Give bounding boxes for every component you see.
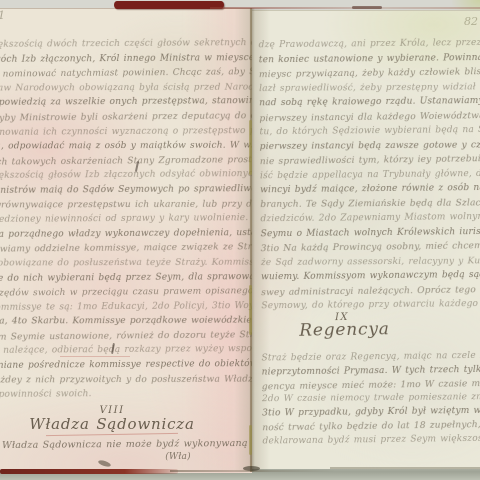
handwritten-line: lazł sprawiedliwość, żeby przestępny wid…	[259, 80, 480, 96]
handwritten-line: ska, 4to Skarbu. Kommissye porządkowe wo…	[0, 314, 251, 330]
handwritten-line: wyrównywaiące przestępstwu ich ukaranie,…	[0, 197, 250, 213]
handwritten-line: Praw Narodowych obowiązaną była ścisłą p…	[0, 80, 249, 96]
gutter-thread	[249, 425, 252, 455]
handwritten-line: deklarowana bydź musi przez Seym większo…	[262, 432, 480, 449]
red-ink-underline	[60, 356, 130, 357]
handwritten-line: że Sąd zadworny assessorski, relacyyny y…	[261, 254, 480, 270]
handwritten-line: dziedziców. 2do Zapewniamy Miastom wolny…	[260, 210, 480, 227]
binding-top-dash	[352, 6, 382, 9]
handwriting-block-right: dzę Prawodawczą, ani przez Króla, lecz p…	[259, 36, 480, 314]
handwritten-line: pierwszey instancyi będą zawsze gotowe y…	[260, 138, 480, 154]
handwritten-line: iść będzie appellacya na Trybunały główn…	[260, 166, 480, 183]
handwritten-line: wuiemy. Kommissyom wykonawczym będą sądy…	[261, 268, 480, 285]
handwritten-line: większością dwóch trzecich części głosów…	[0, 36, 249, 52]
gutter-shadow	[234, 8, 270, 472]
handwritten-line: dzę Prawodawczą, ani przez Króla, lecz p…	[259, 36, 480, 53]
section-title-regencya: Regencya	[252, 318, 437, 341]
handwritten-line: Straż będzie oraz Regencyą, maiąc na cze…	[261, 349, 480, 366]
catchword: (Wła)	[148, 452, 208, 462]
handwriting-block-left: większością dwóch trzecich części głosów…	[0, 36, 251, 403]
handwritten-line: y obowiązane do posłuszeństwa teyże Stra…	[0, 255, 250, 271]
binding-bottom-edge-line	[170, 470, 335, 472]
handwritten-line: 2do W czasie niemocy trwałe pomieszanie …	[262, 391, 480, 407]
binding-top-edge-line	[210, 7, 480, 9]
handwritten-line: odpowiedzią za wszelkie onych przestępst…	[0, 94, 249, 110]
ink-blot	[98, 459, 112, 468]
handwritten-line: minowania ich czynności wyznaczoną o prz…	[0, 124, 249, 140]
handwritten-line: każdey z nich przyzwoitych y do posłusze…	[0, 372, 251, 388]
red-ink-underline	[46, 433, 178, 436]
handwritten-line: nad sobą rękę kraiowego rządu. Ustanawia…	[259, 94, 480, 111]
handwritten-line: wa, odpowiadać maią z osób y maiątków sw…	[0, 139, 250, 155]
binding-bottom-edge	[0, 469, 178, 474]
section-title-wladza-sadownicza: Władza Sądownicza	[14, 415, 210, 433]
handwritten-line: większością głosów Izb złączonych odsyła…	[0, 167, 250, 183]
binding-top-edge	[114, 1, 224, 9]
gutter-thread	[249, 285, 252, 335]
page-number-right: 82	[464, 15, 478, 28]
page-right: 82 dzę Prawodawczą, ani przez Króla, lec…	[252, 10, 480, 469]
gutter-thread	[249, 120, 252, 175]
handwritten-line: Ministrów maią do Sądów Seymowych po spr…	[0, 182, 250, 198]
handwriting-block-regencya: Straż będzie oraz Regencyą, maiąc na cze…	[261, 349, 480, 449]
gutter-fold-line	[250, 8, 252, 472]
handwritten-line: wiedzioney niewinności od sprawy y kary …	[0, 211, 250, 227]
page-bottom-edge	[330, 467, 480, 469]
handwritten-line: mniane pośrednicze kommissye respective …	[0, 357, 251, 373]
page-left: 81 większością dwóch trzecich części gło…	[0, 8, 252, 473]
handwritten-line: y powinności swoich.	[0, 386, 251, 402]
page-number-left: 81	[0, 9, 5, 22]
handwritten-line: wincyi bydź maiące, złożone równie z osó…	[260, 181, 480, 198]
section-opening-line: Władza Sądownicza nie może bydź wykonywa…	[2, 438, 252, 451]
manuscript-photo: 81 większością dwóch trzecich części gło…	[0, 0, 480, 480]
handwritten-line: tu, do których Sędziowie wybierani będą …	[259, 123, 480, 140]
